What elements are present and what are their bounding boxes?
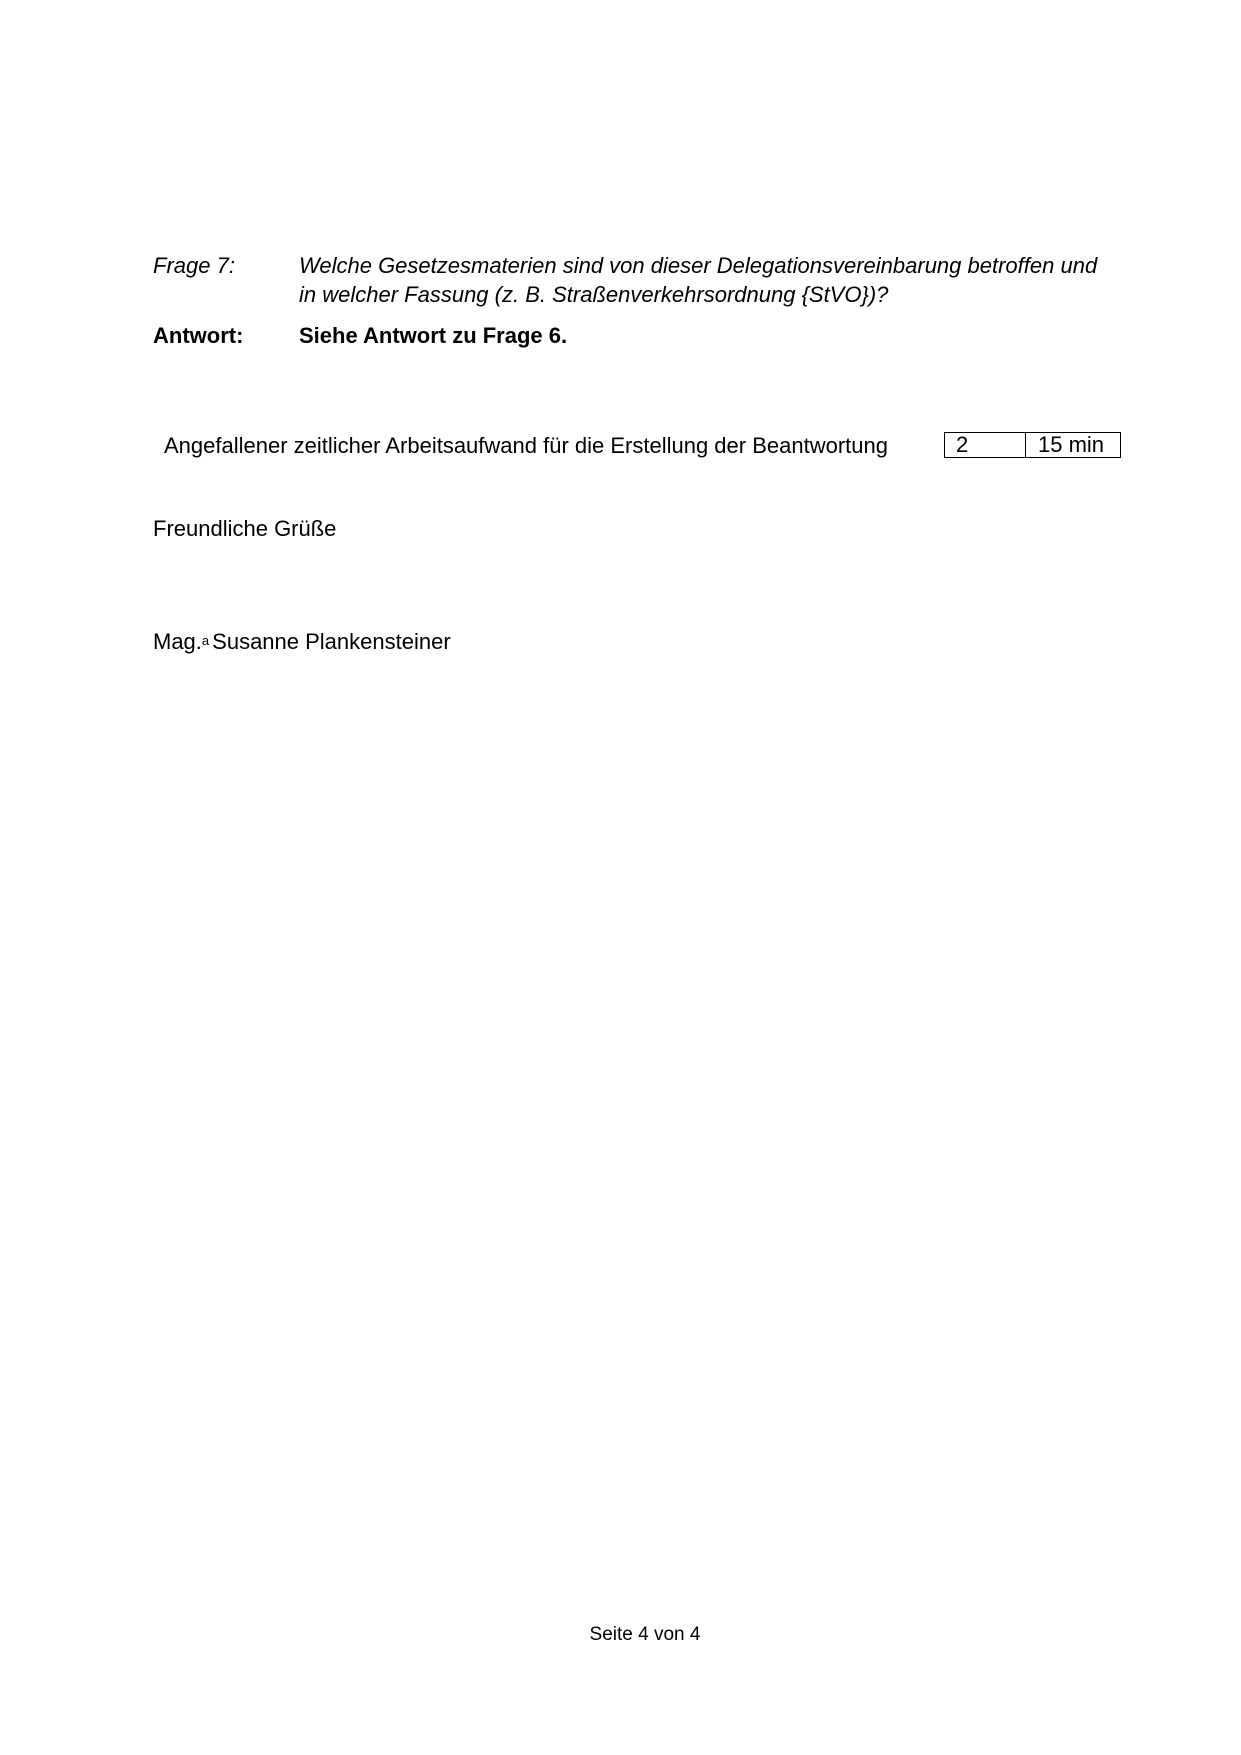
effort-table: 2 15 min bbox=[944, 432, 1121, 458]
answer-label: Antwort: bbox=[153, 321, 243, 350]
effort-hours: 2 bbox=[945, 433, 1026, 457]
signature: Mag.aSusanne Plankensteiner bbox=[153, 627, 451, 656]
effort-minutes: 15 min bbox=[1026, 433, 1120, 457]
signature-title-suffix: a bbox=[202, 633, 209, 648]
question-label: Frage 7: bbox=[153, 251, 235, 280]
effort-label: Angefallener zeitlicher Arbeitsaufwand f… bbox=[164, 431, 888, 460]
page-footer: Seite 4 von 4 bbox=[0, 1623, 1241, 1647]
question-text-line2: in welcher Fassung (z. B. Straßenverkehr… bbox=[299, 280, 1097, 309]
answer-text: Siehe Antwort zu Frage 6. bbox=[299, 321, 567, 350]
question-text-line1: Welche Gesetzesmaterien sind von dieser … bbox=[299, 251, 1097, 280]
signature-name: Susanne Plankensteiner bbox=[212, 629, 451, 654]
closing-greeting: Freundliche Grüße bbox=[153, 514, 336, 543]
signature-title: Mag. bbox=[153, 629, 202, 654]
question-text: Welche Gesetzesmaterien sind von dieser … bbox=[299, 251, 1097, 309]
